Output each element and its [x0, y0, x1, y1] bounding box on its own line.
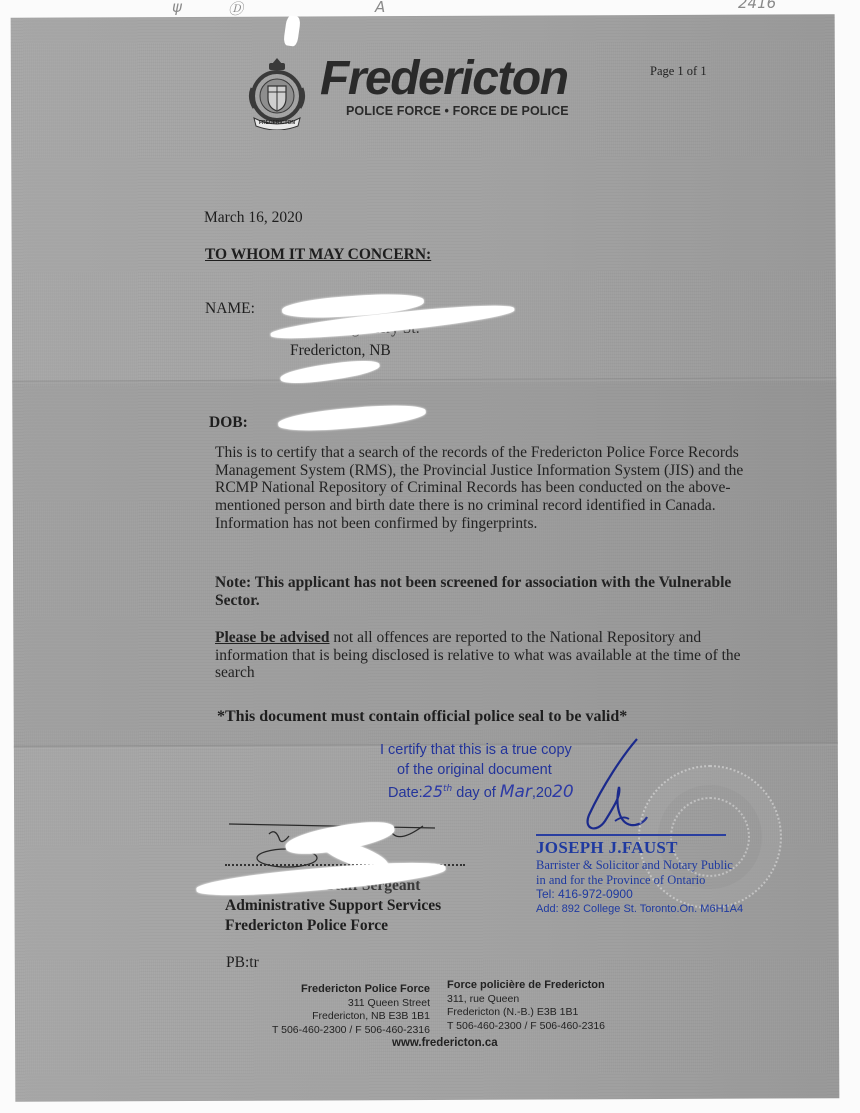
dob-label: DOB:	[209, 414, 248, 432]
signatory-organization: Fredericton Police Force	[225, 916, 441, 936]
handwritten-day: 25	[423, 782, 443, 801]
certification-paragraph: This is to certify that a search of the …	[215, 444, 755, 533]
handwritten-page-number: 2416	[738, 0, 776, 12]
notary-stamp: JOSEPH J.FAUST Barrister & Solicitor and…	[536, 838, 743, 917]
certification-text: This is to certify that a search of the …	[215, 444, 755, 533]
scanned-document-page	[11, 14, 840, 1102]
name-label: NAME:	[205, 300, 255, 318]
organization-subtitle: POLICE FORCE • FORCE DE POLICE	[346, 104, 569, 118]
handwritten-mark: A	[375, 0, 385, 16]
page-indicator: Page 1 of 1	[650, 64, 707, 79]
organization-logo-wordmark: Fredericton	[320, 55, 568, 103]
notary-address: Add: 892 College St. Toronto.On. M6H1A4	[536, 902, 743, 917]
handwritten-mark: ψ	[172, 0, 182, 16]
notary-signature-line	[536, 834, 726, 836]
handwritten-year: 20	[552, 782, 574, 802]
salutation: TO WHOM IT MAY CONCERN:	[205, 246, 431, 264]
notary-title: Barrister & Solicitor and Notary Public	[536, 858, 743, 873]
notary-phone: Tel: 416-972-0900	[536, 887, 743, 902]
footer-address-english: Fredericton Police Force 311 Queen Stree…	[272, 983, 430, 1037]
certify-stamp-line1: I certify that this is a true copy	[380, 742, 572, 759]
typist-initials: PB:tr	[226, 954, 259, 972]
certify-stamp-date: Date:25th day of Mar,2020	[388, 781, 574, 802]
certify-stamp-line2: of the original document	[397, 762, 552, 779]
signatory-department: Administrative Support Services	[225, 896, 441, 916]
handwritten-month: Mar	[500, 782, 532, 802]
seal-notice: *This document must contain official pol…	[217, 708, 627, 726]
police-crest-icon: FREDERICTON	[246, 56, 308, 130]
notary-name: JOSEPH J.FAUST	[536, 838, 743, 858]
advisory-lead: Please be advised	[215, 629, 330, 646]
svg-text:FREDERICTON: FREDERICTON	[259, 120, 295, 126]
footer-address-french: Force policière de Fredericton 311, rue …	[447, 979, 605, 1033]
footer-website-link[interactable]: www.fredericton.ca	[392, 1037, 498, 1049]
advisory-paragraph: Please be advised not all offences are r…	[215, 629, 755, 682]
notary-jurisdiction: in and for the Province of Ontario	[536, 873, 743, 888]
letter-date: March 16, 2020	[204, 209, 303, 227]
note-text: Note: This applicant has not been screen…	[215, 574, 755, 609]
address-city: Fredericton, NB	[290, 342, 391, 360]
vulnerable-sector-note: Note: This applicant has not been screen…	[215, 574, 755, 609]
